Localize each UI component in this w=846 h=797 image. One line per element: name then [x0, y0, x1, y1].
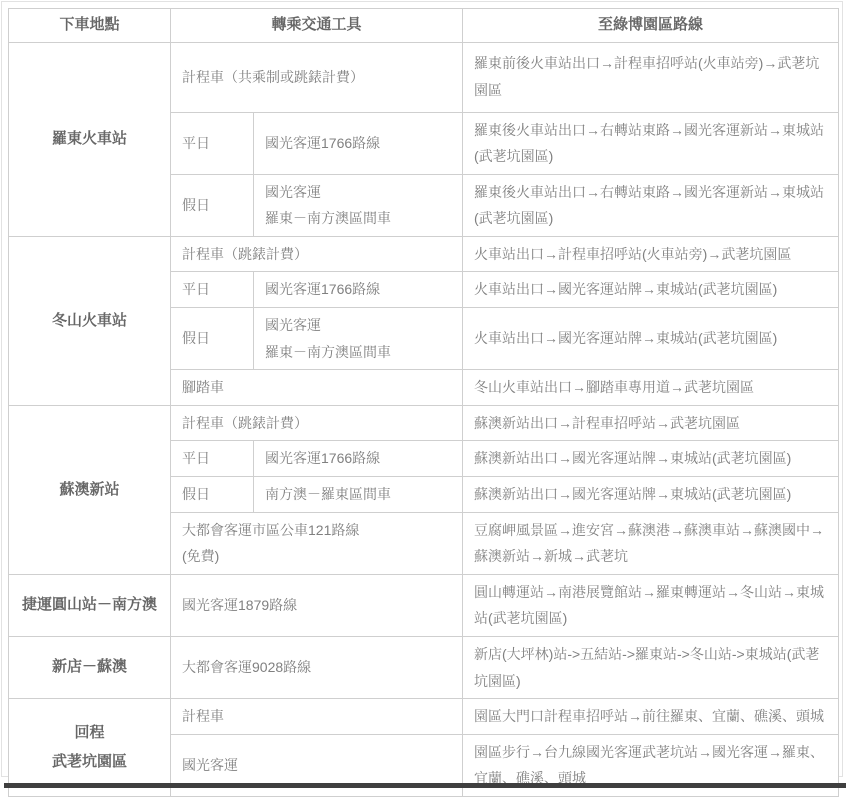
route-cell: 園區大門口計程車招呼站→前往羅東、宜蘭、礁溪、頭城 [463, 699, 839, 735]
day-cell: 平日 [171, 441, 254, 477]
transport-cell: 計程車（共乘制或跳錶計費） [171, 42, 463, 112]
transport-cell: 大都會客運9028路線 [171, 637, 463, 699]
route-cell: 蘇澳新站出口→國光客運站牌→東城站(武荖坑園區) [463, 441, 839, 477]
transport-cell: 南方澳－羅東區間車 [254, 477, 463, 513]
transport-cell: 國光客運 [171, 734, 463, 790]
table-row: 回程 武荖坑園區 計程車 園區大門口計程車招呼站→前往羅東、宜蘭、礁溪、頭城 [9, 699, 839, 735]
transport-cell: 國光客運 羅東－南方澳區間車 [254, 174, 463, 236]
route-cell: 蘇澳新站出口→計程車招呼站→武荖坑園區 [463, 405, 839, 441]
transport-cell: 國光客運1766路線 [254, 272, 463, 308]
route-cell: 羅東前後火車站出口→計程車招呼站(火車站旁)→武荖坑園區 [463, 42, 839, 112]
table-frame: 下車地點 轉乘交通工具 至綠博園區路線 羅東火車站 計程車（共乘制或跳錶計費） … [1, 1, 843, 777]
transport-cell: 國光客運1766路線 [254, 112, 463, 174]
location-cell: 冬山火車站 [9, 236, 171, 405]
day-cell: 假日 [171, 477, 254, 513]
route-cell: 羅東後火車站出口→右轉站東路→國光客運新站→東城站(武荖坑園區) [463, 112, 839, 174]
transit-route-table: 下車地點 轉乘交通工具 至綠博園區路線 羅東火車站 計程車（共乘制或跳錶計費） … [8, 8, 839, 790]
route-cell: 新店(大坪林)站->五結站->羅東站->冬山站->東城站(武荖坑園區) [463, 637, 839, 699]
route-cell: 蘇澳新站出口→國光客運站牌→東城站(武荖坑園區) [463, 477, 839, 513]
route-cell: 園區步行→台九線國光客運武荖坑站→國光客運→羅東、宜蘭、礁溪、頭城 [463, 734, 839, 790]
table-row: 新店－蘇澳 大都會客運9028路線 新店(大坪林)站->五結站->羅東站->冬山… [9, 637, 839, 699]
route-cell: 火車站出口→國光客運站牌→東城站(武荖坑園區) [463, 308, 839, 370]
transport-cell: 大都會客運市區公車121路線 (免費) [171, 512, 463, 574]
header-route: 至綠博園區路線 [463, 9, 839, 43]
bottom-shadow-bar [4, 783, 846, 788]
header-row: 下車地點 轉乘交通工具 至綠博園區路線 [9, 9, 839, 43]
transport-cell: 計程車（跳錶計費） [171, 236, 463, 272]
day-cell: 平日 [171, 112, 254, 174]
route-cell: 羅東後火車站出口→右轉站東路→國光客運新站→東城站(武荖坑園區) [463, 174, 839, 236]
transport-cell: 國光客運1879路線 [171, 574, 463, 636]
location-cell: 回程 武荖坑園區 [9, 699, 171, 790]
route-cell: 豆腐岬風景區→進安宮→蘇澳港→蘇澳車站→蘇澳國中→蘇澳新站→新城→武荖坑 [463, 512, 839, 574]
route-cell: 火車站出口→國光客運站牌→東城站(武荖坑園區) [463, 272, 839, 308]
day-cell: 平日 [171, 272, 254, 308]
day-cell: 假日 [171, 308, 254, 370]
table-row: 羅東火車站 計程車（共乘制或跳錶計費） 羅東前後火車站出口→計程車招呼站(火車站… [9, 42, 839, 112]
transport-cell: 計程車 [171, 699, 463, 735]
transport-cell: 計程車（跳錶計費） [171, 405, 463, 441]
header-transport: 轉乘交通工具 [171, 9, 463, 43]
table-row: 蘇澳新站 計程車（跳錶計費） 蘇澳新站出口→計程車招呼站→武荖坑園區 [9, 405, 839, 441]
route-cell: 火車站出口→計程車招呼站(火車站旁)→武荖坑園區 [463, 236, 839, 272]
location-cell: 捷運圓山站－南方澳 [9, 574, 171, 636]
header-location: 下車地點 [9, 9, 171, 43]
transport-cell: 腳踏車 [171, 370, 463, 406]
transport-cell: 國光客運 羅東－南方澳區間車 [254, 308, 463, 370]
location-cell: 新店－蘇澳 [9, 637, 171, 699]
table-row: 捷運圓山站－南方澳 國光客運1879路線 圓山轉運站→南港展覽館站→羅東轉運站→… [9, 574, 839, 636]
location-cell: 蘇澳新站 [9, 405, 171, 574]
day-cell: 假日 [171, 174, 254, 236]
location-cell: 羅東火車站 [9, 42, 171, 236]
route-cell: 冬山火車站出口→腳踏車專用道→武荖坑園區 [463, 370, 839, 406]
table-row: 冬山火車站 計程車（跳錶計費） 火車站出口→計程車招呼站(火車站旁)→武荖坑園區 [9, 236, 839, 272]
transport-cell: 國光客運1766路線 [254, 441, 463, 477]
route-cell: 圓山轉運站→南港展覽館站→羅東轉運站→冬山站→東城站(武荖坑園區) [463, 574, 839, 636]
